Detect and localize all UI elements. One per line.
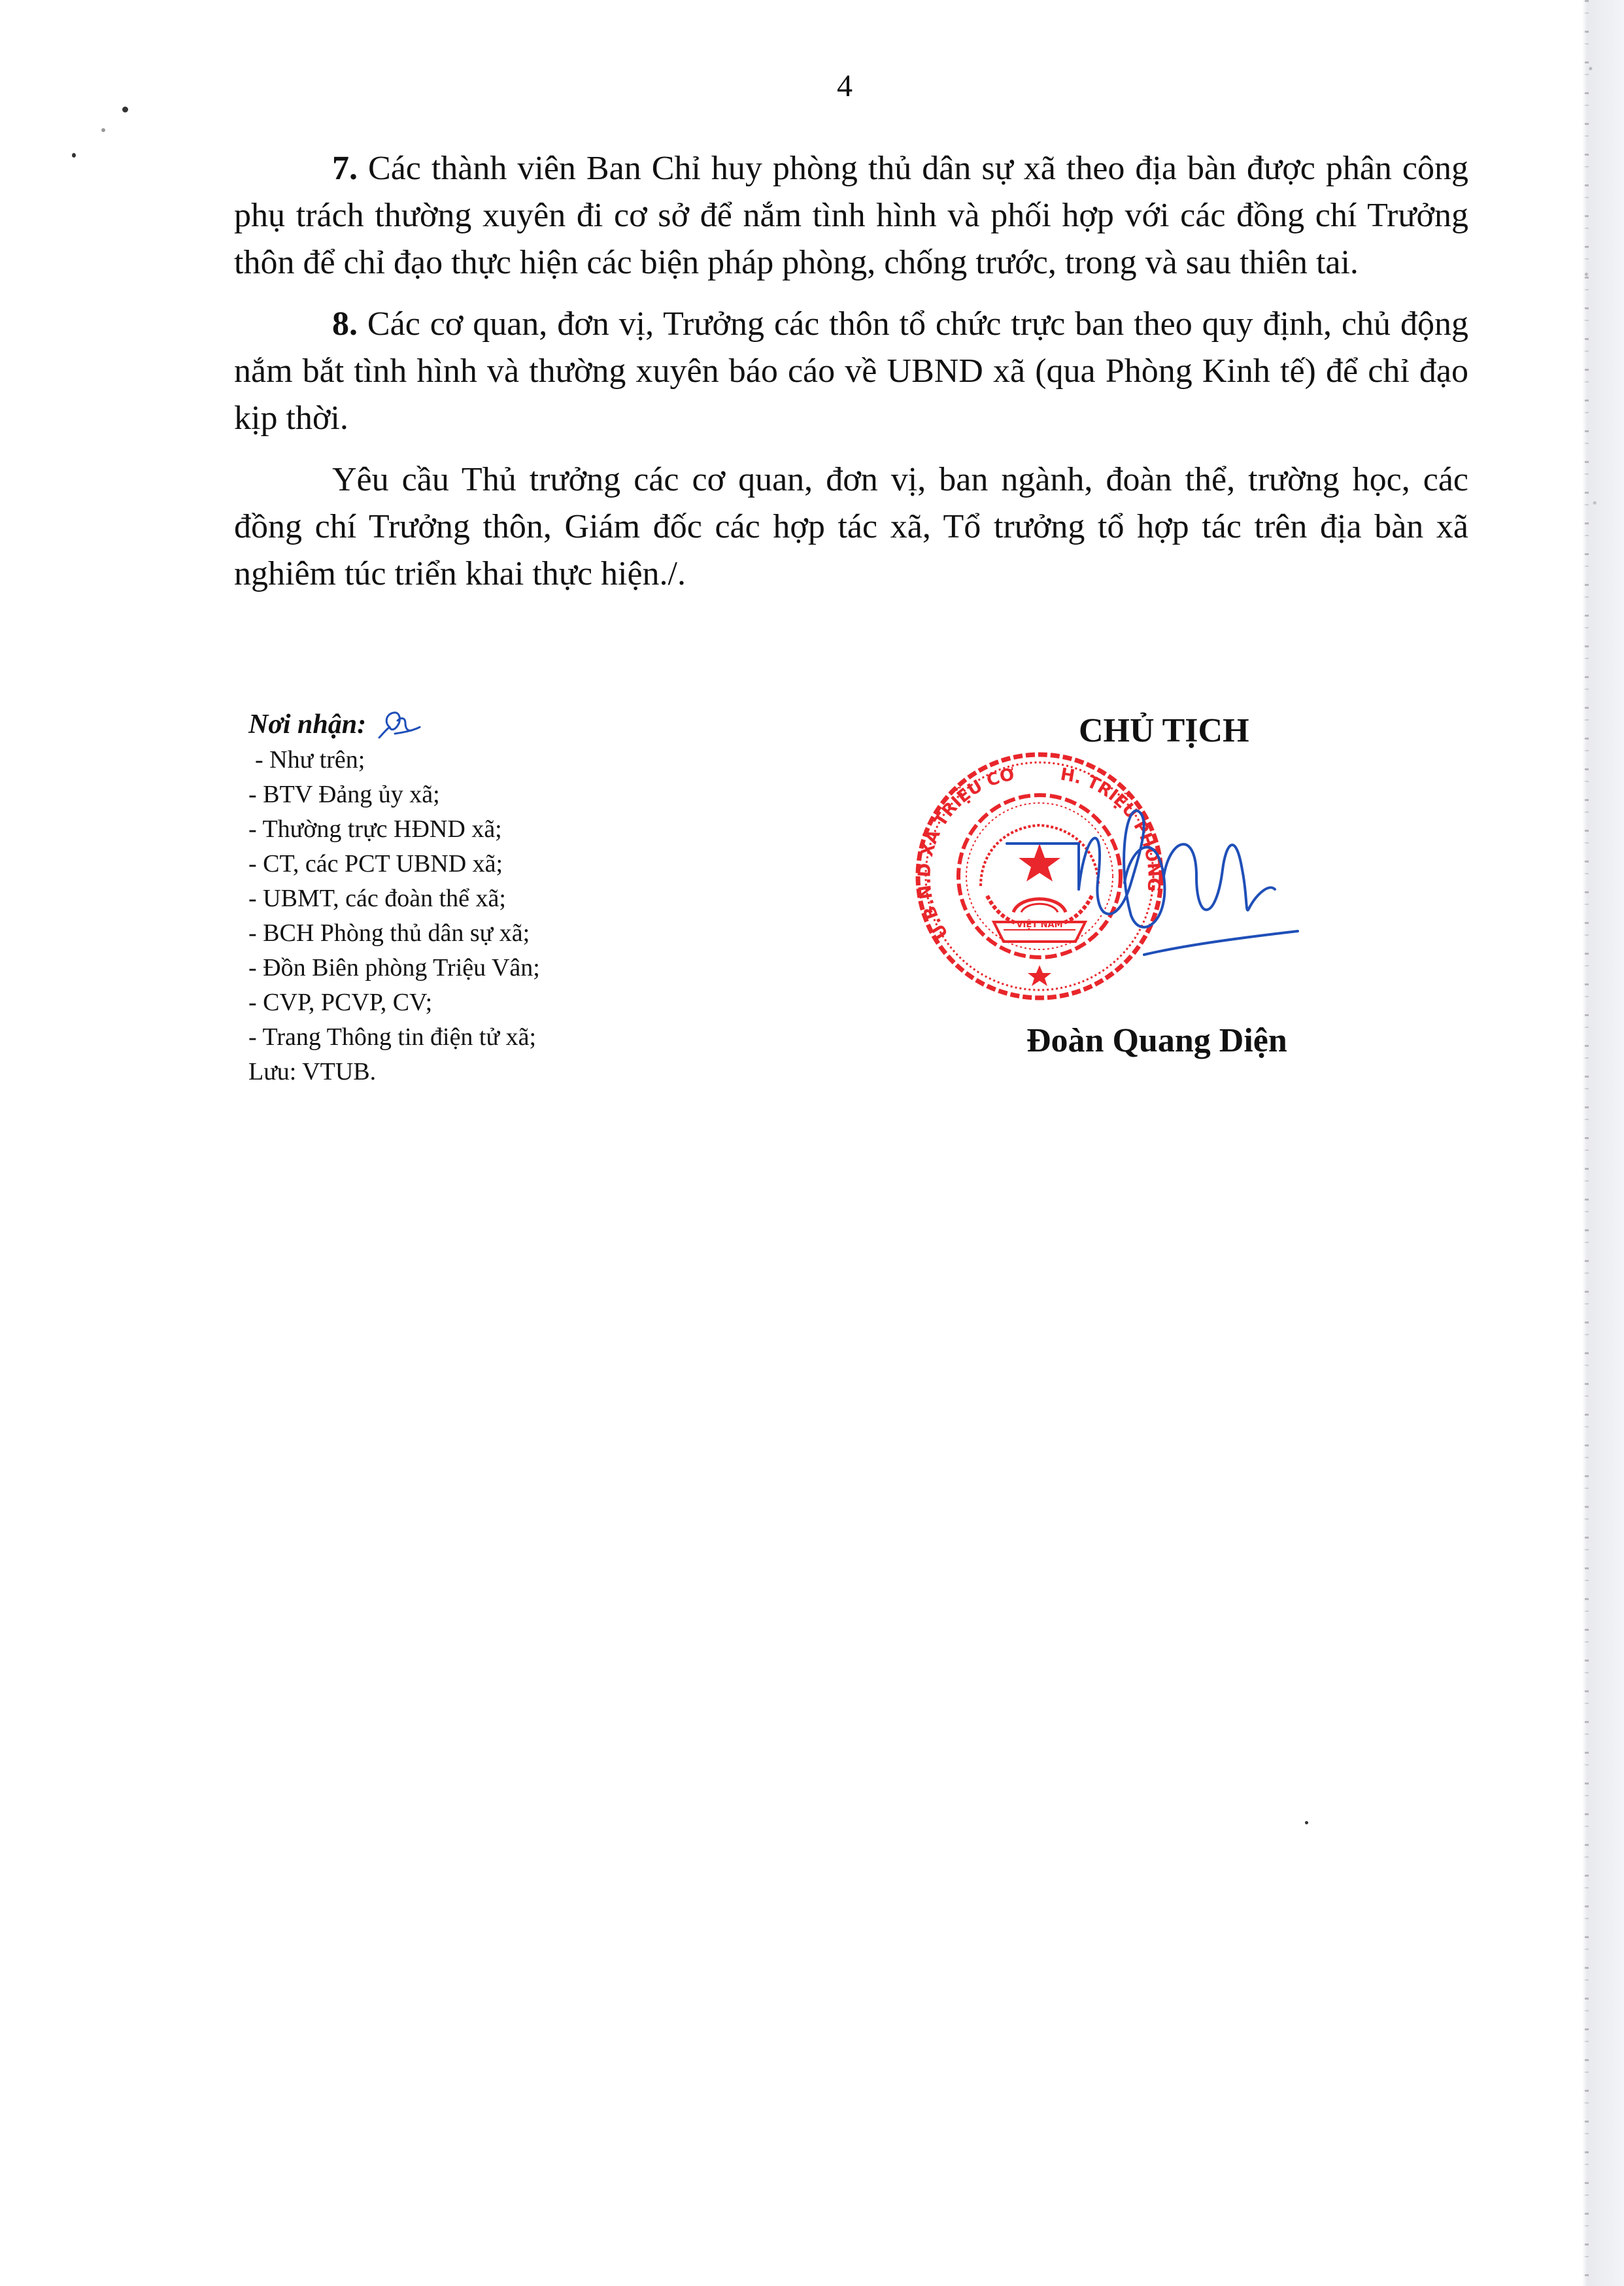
recipient-item: - Như trên; [248, 743, 667, 777]
paragraph-text: Yêu cầu Thủ trưởng các cơ quan, đơn vị, … [234, 461, 1468, 592]
recipient-item: - UBMT, các đoàn thể xã; [248, 881, 667, 916]
handwritten-initial-icon [371, 708, 424, 742]
handwritten-signature-icon [1000, 791, 1301, 987]
recipients-heading: Nơi nhận: [248, 706, 667, 743]
scan-edge-artifact [1582, 0, 1624, 2286]
paragraph-8: 8. Các cơ quan, đơn vị, Trưởng các thôn … [234, 301, 1468, 442]
scan-speck [101, 128, 105, 132]
recipient-item: - Thường trực HĐND xã; [248, 812, 667, 847]
signature-block: U.B.N.D XÃ TRIỆU CƠ H. TRIỆU PHONG VIỆT … [922, 706, 1379, 1072]
signer-name: Đoàn Quang Diện [1026, 1024, 1287, 1058]
recipient-item: - CT, các PCT UBND xã; [248, 847, 667, 881]
document-body: 7. Các thành viên Ban Chỉ huy phòng thủ … [234, 145, 1468, 612]
paragraph-number: 7. [332, 150, 358, 187]
closing-paragraph: Yêu cầu Thủ trưởng các cơ quan, đơn vị, … [234, 456, 1468, 598]
signer-title: CHỦ TỊCH [1079, 714, 1249, 748]
scan-speck [1305, 1821, 1308, 1824]
recipient-item: - CVP, PCVP, CV; [248, 985, 667, 1020]
recipients-list: - Như trên; - BTV Đảng ủy xã; - Thường t… [248, 743, 667, 1089]
paragraph-7: 7. Các thành viên Ban Chỉ huy phòng thủ … [234, 145, 1468, 286]
recipients-heading-label: Nơi nhận: [248, 706, 366, 743]
recipient-item: - BCH Phòng thủ dân sự xã; [248, 916, 667, 951]
paragraph-text: Các cơ quan, đơn vị, Trưởng các thôn tổ … [234, 305, 1468, 437]
recipient-item: - BTV Đảng ủy xã; [248, 777, 667, 812]
paragraph-text: Các thành viên Ban Chỉ huy phòng thủ dân… [234, 150, 1468, 281]
scan-speck [72, 153, 76, 158]
page-number: 4 [837, 71, 853, 102]
paragraph-number: 8. [332, 305, 358, 343]
recipient-item: - Đồn Biên phòng Triệu Vân; [248, 951, 667, 985]
archive-note: Lưu: VTUB. [248, 1055, 667, 1089]
scan-speck [122, 107, 128, 112]
recipient-item: - Trang Thông tin điện tử xã; [248, 1020, 667, 1055]
recipients-block: Nơi nhận: - Như trên; - BTV Đảng ủy xã; … [248, 706, 667, 1089]
